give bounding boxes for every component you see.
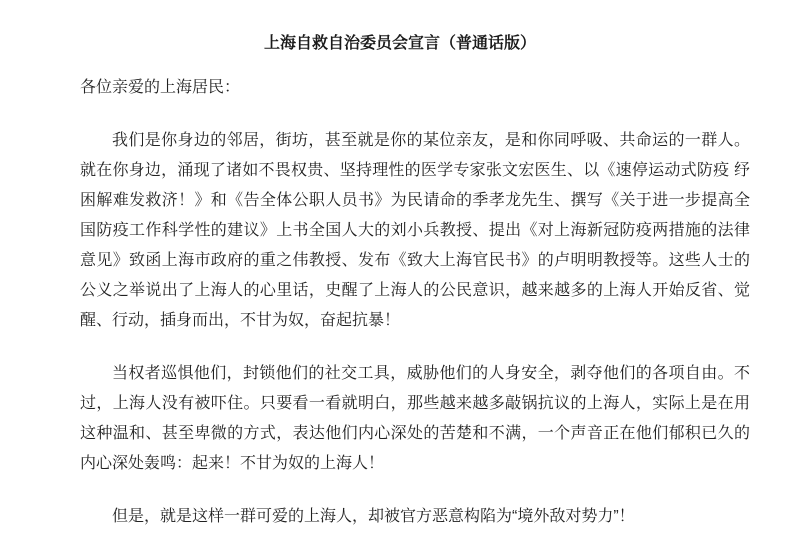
document-page: 上海自救自治委员会宣言（普通话版） 各位亲爱的上海居民： 我们是你身边的邻居，街…	[0, 0, 800, 554]
document-title: 上海自救自治委员会宣言（普通话版）	[0, 33, 800, 55]
paragraph: 我们是你身边的邻居，街坊，甚至就是你的某位亲友，是和你同呼吸、共命运的一群人。就…	[80, 126, 750, 336]
paragraph: 但是，就是这样一群可爱的上海人，却被官方恶意构陷为“境外敌对势力”！	[80, 502, 750, 532]
salutation: 各位亲爱的上海居民：	[80, 73, 750, 103]
paragraph: 当权者巡惧他们，封锁他们的社交工具，威胁他们的人身安全，剥夺他们的各项自由。不过…	[80, 359, 750, 479]
document-content: 各位亲爱的上海居民： 我们是你身边的邻居，街坊，甚至就是你的某位亲友，是和你同呼…	[80, 73, 750, 532]
document-body: 我们是你身边的邻居，街坊，甚至就是你的某位亲友，是和你同呼吸、共命运的一群人。就…	[80, 126, 750, 532]
